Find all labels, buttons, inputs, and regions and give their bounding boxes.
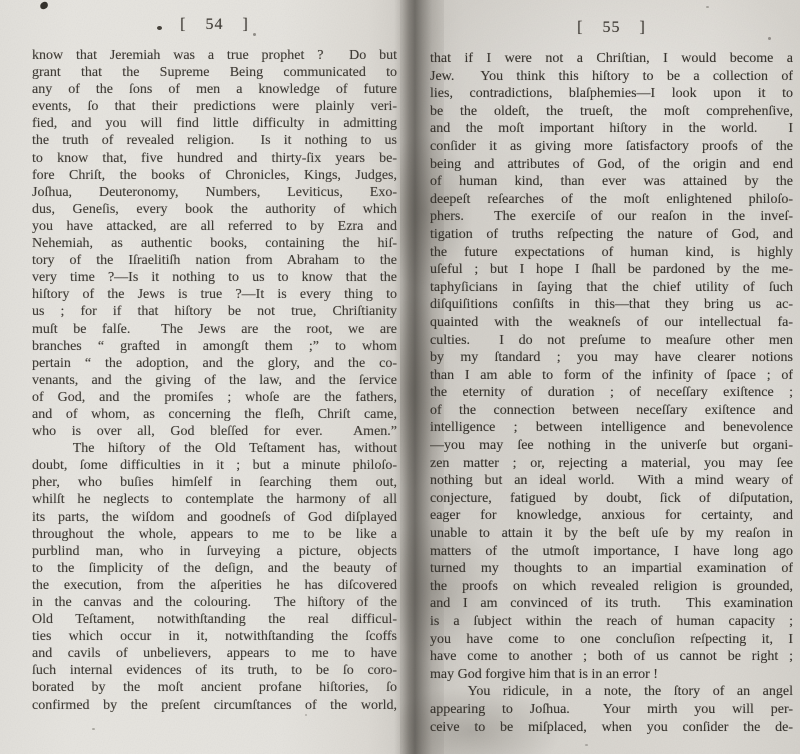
page-number-header-55: [ 55 ] — [430, 19, 793, 37]
text-line: have come to another ; both of us cannot… — [430, 648, 793, 666]
text-line: and of whom, as concerning the fleſh, Ch… — [32, 406, 397, 423]
ink-speck — [253, 33, 256, 36]
text-line: pertain “ the adoption, and the glory, a… — [32, 355, 397, 372]
text-line: Jew. You think this hiſtory to be a coll… — [430, 68, 793, 86]
text-line: that if I were not a Chriſtian, I would … — [430, 50, 793, 68]
text-line: of the connection between neceſſary exiſ… — [430, 402, 793, 420]
text-line: the execution, from the aſperities he ha… — [32, 577, 397, 594]
text-line: tigation of truths reſpecting the nature… — [430, 226, 793, 244]
text-line: of God, and the promiſes ; whoſe are the… — [32, 389, 397, 406]
text-line: venants, and the giving of the law, and … — [32, 372, 397, 389]
ink-speck — [157, 26, 162, 30]
text-line: throughout the whole, appears to me to b… — [32, 526, 397, 543]
text-line: purblind man, who in ſurveying a picture… — [32, 543, 397, 560]
text-line: doubt, ſome difficulties in it ; but a m… — [32, 457, 397, 474]
text-line: events, ſo that their predictions were p… — [32, 98, 397, 115]
text-line: and I am convinced of its truth. This ex… — [430, 595, 793, 613]
page-54-text-column: know that Jeremiah was a true prophet ? … — [32, 47, 397, 714]
text-line: zen matter ; or, rejecting a material, y… — [430, 455, 793, 473]
text-line: phers. The exerciſe of our reaſon in the… — [430, 208, 793, 226]
text-line: tory of the Iſraelitiſh nation from Abra… — [32, 252, 397, 269]
text-line: the future expectations of human kind, i… — [430, 244, 793, 262]
text-line: whilſt he neglects to contemplate the ha… — [32, 491, 397, 508]
text-line: ceive to be miſplaced, when you conſider… — [430, 719, 793, 737]
text-line: matters of the utmoſt importance, I have… — [430, 543, 793, 561]
text-line: is a ſubject within the reach of human c… — [430, 613, 793, 631]
text-line: eager for knowledge, anxious for certain… — [430, 507, 793, 525]
text-line: fied, and you will find little difficult… — [32, 115, 397, 132]
text-line: hiſtory of the Jews is true ?—It is ever… — [32, 286, 397, 303]
text-line: and the moſt important hiſtory in the wo… — [430, 120, 793, 138]
text-line: The hiſtory of the Old Teſtament has, wi… — [32, 440, 397, 457]
text-line: its parts, the wiſdom and goodneſs of Go… — [32, 509, 397, 526]
text-line: to know that, five hundred and thirty-ſi… — [32, 150, 397, 167]
text-line: be the oldeſt, the trueſt, the moſt comp… — [430, 103, 793, 121]
text-line: appearing to Joſhua. Your mirth you will… — [430, 701, 793, 719]
text-line: culties. I do not preſume to meaſure oth… — [430, 332, 793, 350]
page-55-text-column: that if I were not a Chriſtian, I would … — [430, 50, 793, 736]
text-line: Joſhua, Deuteronomy, Numbers, Leviticus,… — [32, 184, 397, 201]
text-line: you have come to one concluſion reſpecti… — [430, 631, 793, 649]
text-line: than I am able to form of the infinity o… — [430, 367, 793, 385]
text-line: deepeſt reſearches of the moſt enlighten… — [430, 191, 793, 209]
text-line: ſuch internal evidences of its truth, to… — [32, 662, 397, 679]
text-line: muſt be falſe. The Jews are the root, we… — [32, 321, 397, 338]
text-line: who is over all, God bleſſed for ever. A… — [32, 423, 397, 440]
text-line: branches “ grafted in amongſt them ;” to… — [32, 338, 397, 355]
text-line: and cavils of unbelievers, appears to me… — [32, 645, 397, 662]
text-line: ties which occur in it, notwithſtanding … — [32, 628, 397, 645]
text-line: confirmed by the preſent circumſtances o… — [32, 697, 397, 714]
text-line: lies, contradictions, blaſphemies—I look… — [430, 85, 793, 103]
text-line: taphyſicians in ſaying that the chief ut… — [430, 279, 793, 297]
text-line: of human kind, than ever was attained by… — [430, 173, 793, 191]
text-line: Old Teſtament, notwithſtanding the real … — [32, 611, 397, 628]
text-line: very time ?—Is it nothing to us to know … — [32, 269, 397, 286]
text-line: to the ſimplicity of the deſign, and the… — [32, 560, 397, 577]
page-number-header-54: [ 54 ] — [32, 16, 397, 34]
text-line: the truth of revealed religion. Is it no… — [32, 132, 397, 149]
text-line: dus, Geneſis, every book the authority o… — [32, 201, 397, 218]
text-line: us ; for if that hiſtory be not true, Ch… — [32, 303, 397, 320]
text-line: Nehemiah, as authentic books, containing… — [32, 235, 397, 252]
ink-speck — [92, 728, 95, 730]
text-line: the proofs on which revealed religion is… — [430, 578, 793, 596]
text-line: may God forgive him that is in an error … — [430, 666, 793, 684]
text-line: unable to attain it by the beſt uſe by m… — [430, 525, 793, 543]
ink-speck — [585, 744, 588, 746]
text-line: pher, who buſies himſelf in ſearching th… — [32, 474, 397, 491]
text-line: any of the ſons of men a knowledge of fu… — [32, 81, 397, 98]
text-line: grant that the Supreme Being communicate… — [32, 64, 397, 81]
text-line: fore Chriſt, the books of Chronicles, Ki… — [32, 167, 397, 184]
text-line: conjecture, fatigued by doubt, ſick of d… — [430, 490, 793, 508]
text-line: being and attributes of God, of the orig… — [430, 156, 793, 174]
ink-speck — [305, 714, 307, 716]
text-line: in the canvas and the colouring. The hiſ… — [32, 594, 397, 611]
text-line: uſeful ; but I hope I ſhall be pardoned … — [430, 261, 793, 279]
text-line: intelligence ; between intelligence and … — [430, 419, 793, 437]
ink-speck — [768, 37, 771, 40]
text-line: borated by the moſt ancient profane hiſt… — [32, 679, 397, 696]
text-line: nothing but an ideal world. With a mind … — [430, 472, 793, 490]
text-line: —you may ſee nothing in the univerſe but… — [430, 437, 793, 455]
text-line: turned my thoughts to an impartial exami… — [430, 560, 793, 578]
book-spread: [ 54 ] [ 55 ] know that Jeremiah was a t… — [0, 0, 800, 754]
text-line: conſider it as giving more ſatisfactory … — [430, 138, 793, 156]
text-line: the eternity of duration ; of neceſſary … — [430, 384, 793, 402]
text-line: You ridicule, in a note, the ſtory of an… — [430, 683, 793, 701]
text-line: know that Jeremiah was a true prophet ? … — [32, 47, 397, 64]
text-line: you have attacked, are all referred to b… — [32, 218, 397, 235]
ink-speck — [706, 6, 709, 8]
text-line: by my ſtandard ; you may have clearer no… — [430, 349, 793, 367]
text-line: quainted with the weakneſs of our intell… — [430, 314, 793, 332]
text-line: diſquiſitions conſiſts in this—that they… — [430, 296, 793, 314]
